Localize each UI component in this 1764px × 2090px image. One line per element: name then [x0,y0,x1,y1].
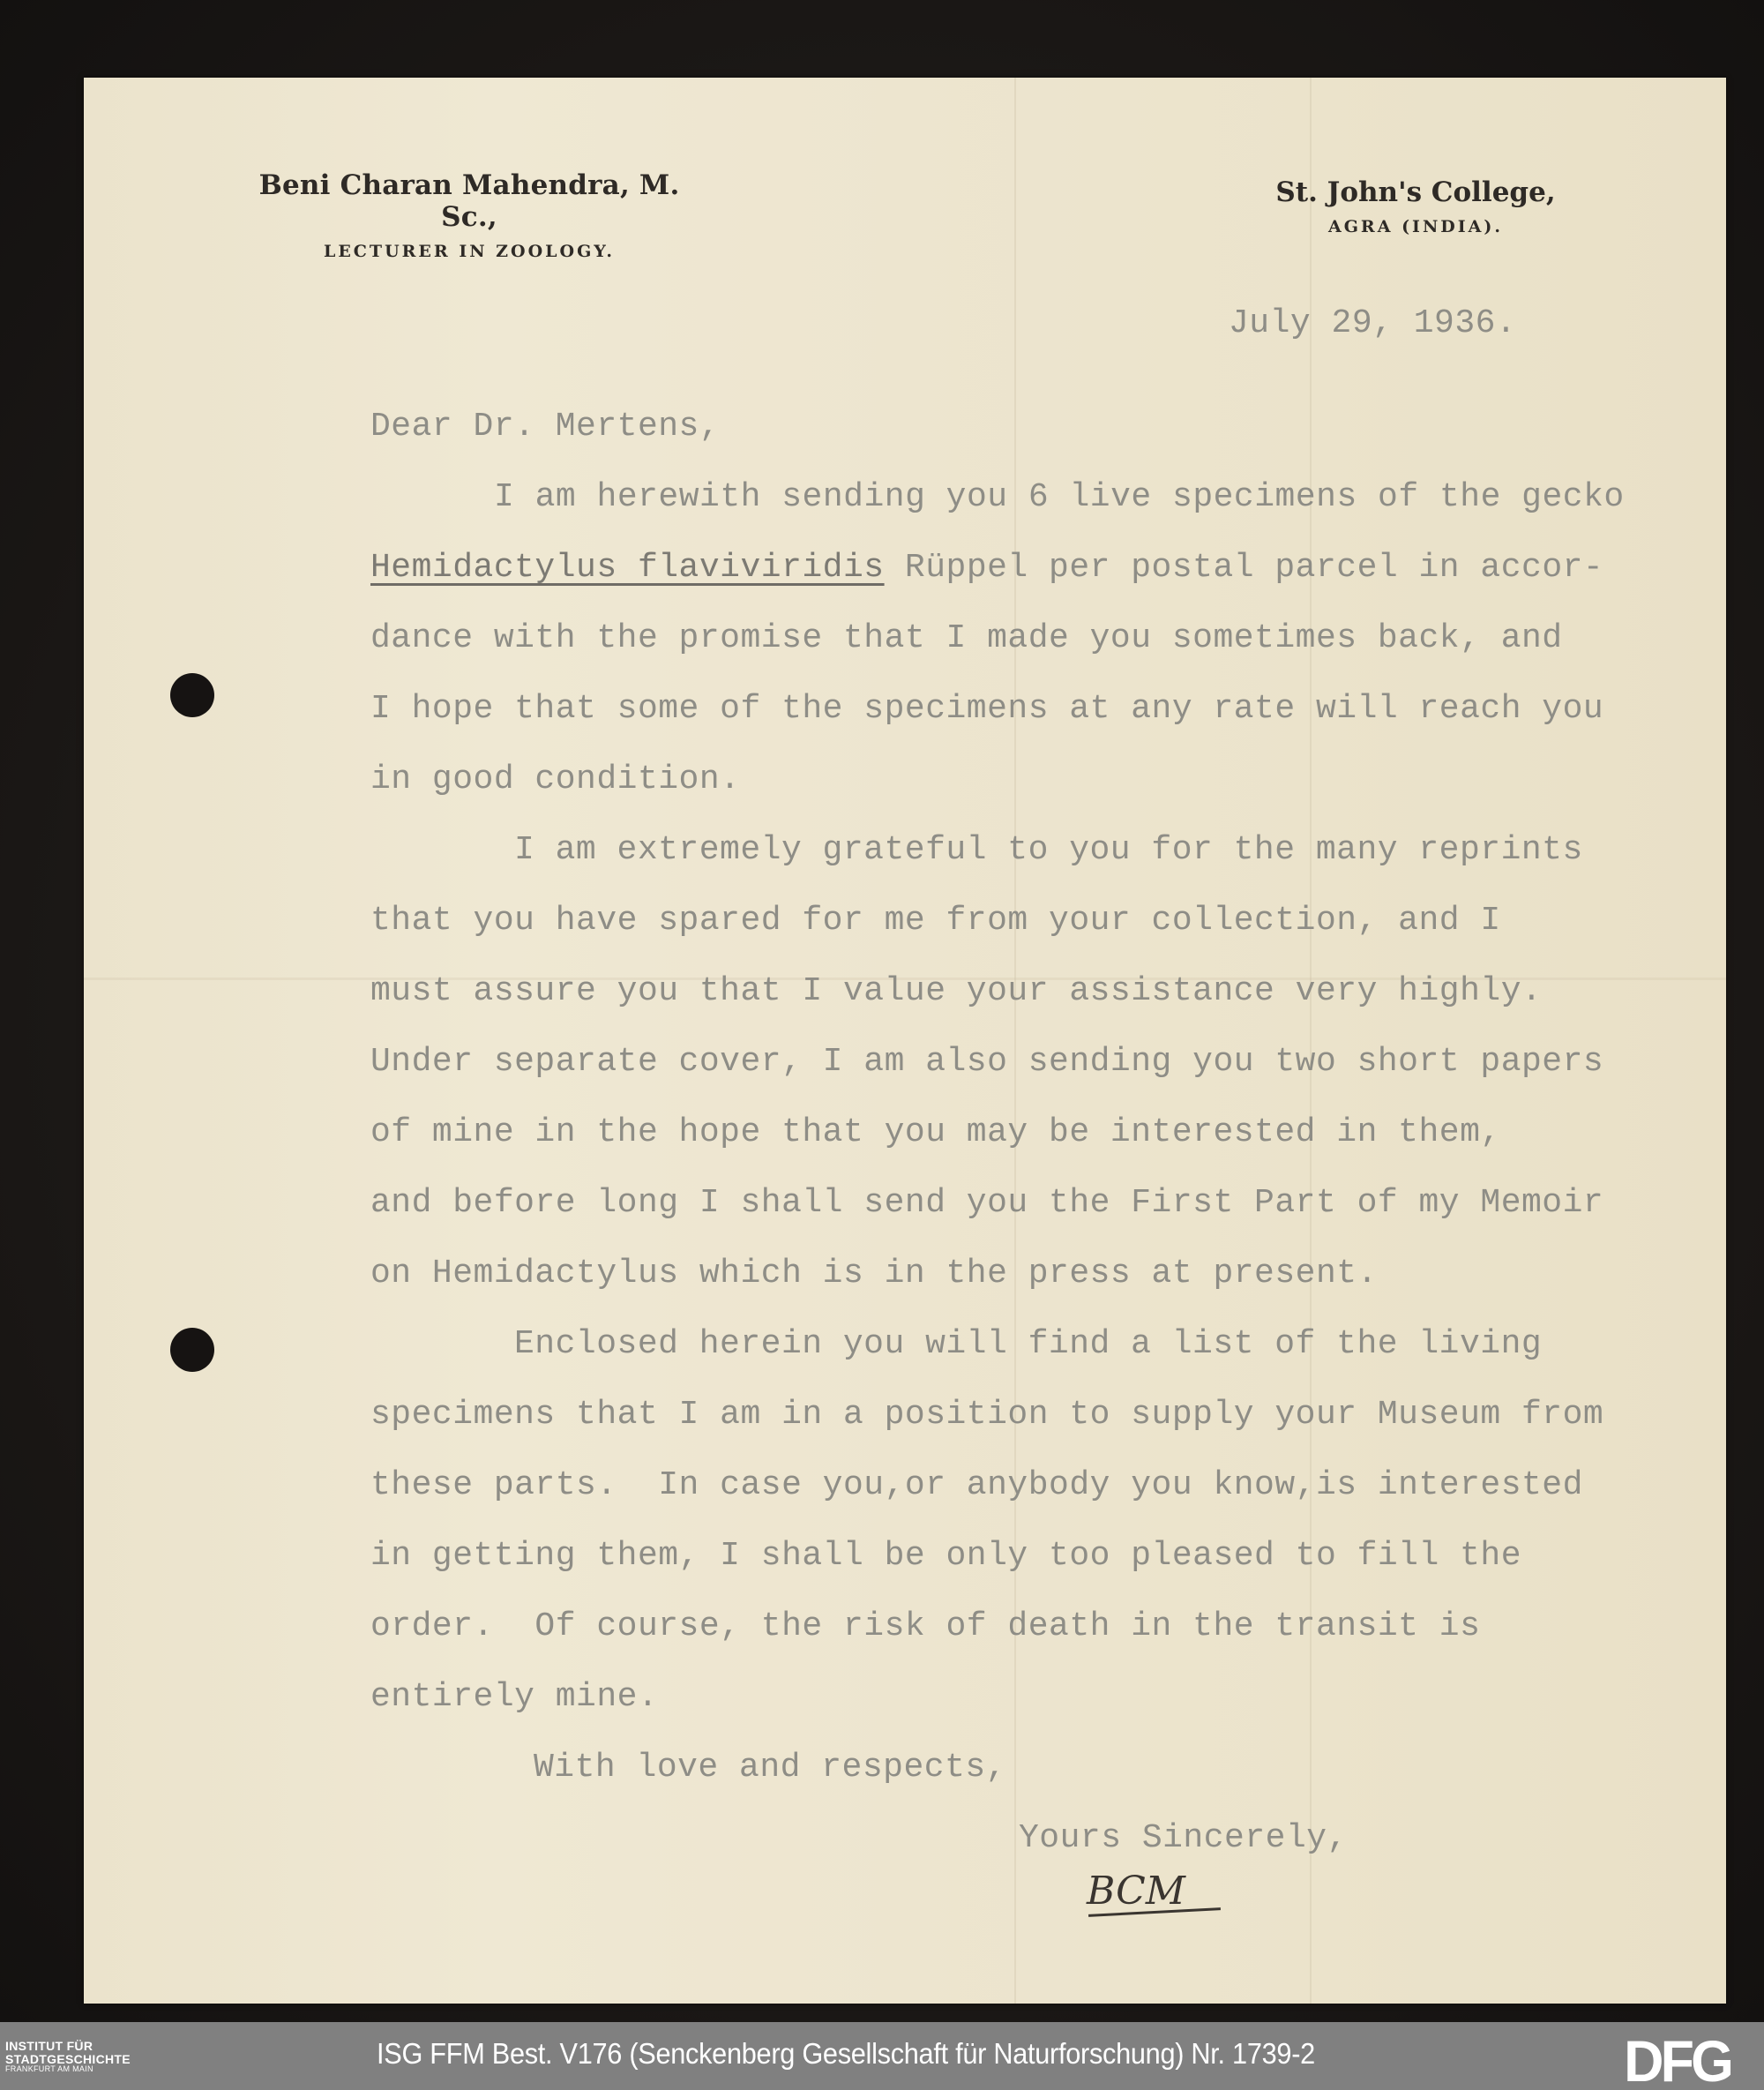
letterhead-author: Beni Charan Mahendra, M. Sc., LECTURER I… [231,169,707,261]
letter-date: July 29, 1936. [1229,304,1516,342]
institute-line: STADTGESCHICHTE [5,2053,131,2066]
body-line: I hope that some of the specimens at any… [370,690,1603,728]
body-line: Under separate cover, I am also sending … [370,1043,1603,1081]
body-line-text: Rüppel per postal parcel in accor- [905,549,1603,587]
body-line: must assure you that I value your assist… [370,972,1542,1010]
archive-caption: ISG FFM Best. V176 (Senckenberg Gesellsc… [377,2037,1315,2071]
paper-fold [1014,78,1016,2004]
body-line: dance with the promise that I made you s… [370,619,1563,657]
body-line: specimens that I am in a position to sup… [370,1396,1603,1434]
body-line: I am extremely grateful to you for the m… [514,831,1583,869]
institute-line: INSTITUT FÜR [5,2040,131,2053]
body-line: that you have spared for me from your co… [370,902,1501,940]
paper-fold [1310,78,1312,2004]
author-name: Beni Charan Mahendra, M. Sc., [231,169,707,233]
college-location: AGRA (INDIA). [1270,217,1561,236]
institute-line: FRANKFURT AM MAIN [5,2065,131,2073]
punch-hole [170,673,214,717]
body-line: and before long I shall send you the Fir… [370,1184,1603,1222]
body-line-species: Hemidactylus flaviviridis Rüppel per pos… [370,549,1603,587]
body-line: in getting them, I shall be only too ple… [370,1537,1521,1575]
letter-sheet [84,78,1726,2004]
body-line: order. Of course, the risk of death in t… [370,1607,1480,1645]
body-line: on Hemidactylus which is in the press at… [370,1255,1378,1292]
handwritten-signature: BCM [1087,1869,1185,1914]
punch-hole [170,1328,214,1372]
species-name: Hemidactylus flaviviridis [370,549,885,587]
closing-line: With love and respects, [534,1749,1006,1787]
body-line: in good condition. [370,760,740,798]
letterhead-institution: St. John's College, AGRA (INDIA). [1270,176,1561,236]
body-line: of mine in the hope that you may be inte… [370,1113,1501,1151]
valediction: Yours Sincerely, [1019,1819,1348,1857]
institute-logo: INSTITUT FÜR STADTGESCHICHTE FRANKFURT A… [5,2040,131,2074]
body-line: I am herewith sending you 6 live specime… [494,478,1625,516]
body-line: entirely mine. [370,1678,658,1716]
dfg-logo: DFG [1624,2027,1730,2090]
author-title: LECTURER IN ZOOLOGY. [231,242,707,261]
body-line: these parts. In case you,or anybody you … [370,1466,1583,1504]
college-name: St. John's College, [1270,176,1561,208]
body-line: Enclosed herein you will find a list of … [514,1325,1542,1363]
salutation: Dear Dr. Mertens, [370,408,720,446]
archive-footer: INSTITUT FÜR STADTGESCHICHTE FRANKFURT A… [0,2022,1764,2090]
